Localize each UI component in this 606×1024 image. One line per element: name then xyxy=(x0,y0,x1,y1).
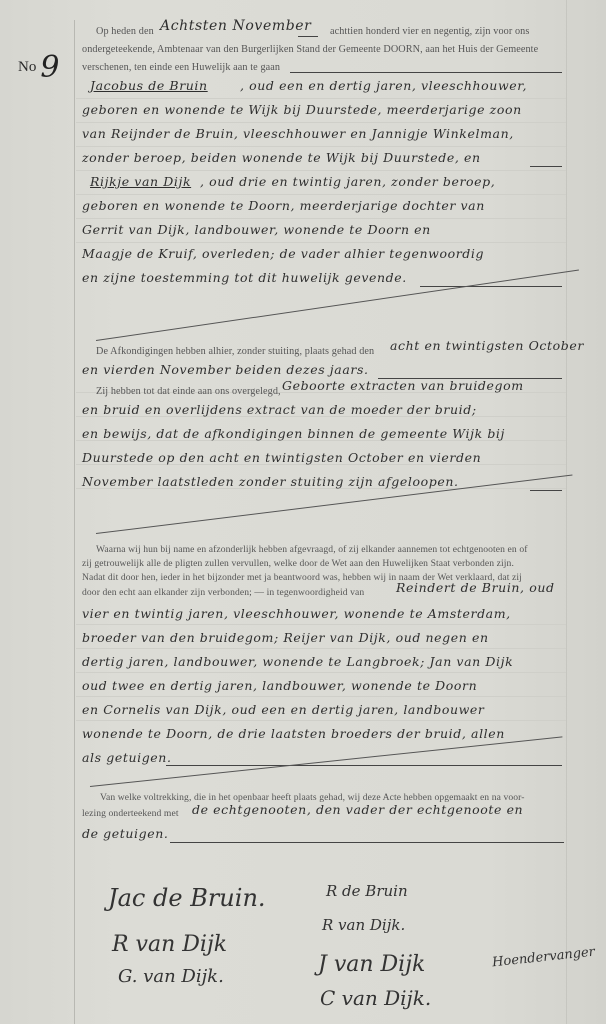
intro-printed-3: verschenen, ten einde een Huwelijk aan t… xyxy=(82,58,280,78)
ruled-line xyxy=(76,648,566,649)
closing-hand-1: de echtgenooten, den vader der echtgenoo… xyxy=(192,802,523,817)
ruled-line xyxy=(76,122,566,123)
documents-line: en bruid en overlijdens extract van de m… xyxy=(82,402,477,417)
ruled-line xyxy=(76,624,566,625)
signature-witness: J van Dijk xyxy=(318,952,425,977)
act-number-label: No xyxy=(18,59,36,75)
closing-printed-2: lezing onderteekend met xyxy=(82,804,179,824)
party-line: van Reijnder de Bruin, vleeschhouwer en … xyxy=(82,126,514,141)
closing-hand-2: de getuigen. xyxy=(82,826,168,841)
signature-official: Hoendervanger xyxy=(491,945,595,971)
signature-groom: Jac de Bruin. xyxy=(108,884,266,912)
proclamation-dates-1: acht en twintigsten October xyxy=(390,338,584,353)
signature-father: G. van Dijk. xyxy=(118,966,224,987)
documents-line: November laatstleden zonder stuiting zij… xyxy=(82,474,459,489)
witness-start: Reindert de Bruin, oud xyxy=(396,580,555,595)
party-line: geboren en wonende te Wijk bij Duurstede… xyxy=(82,102,522,117)
intro-printed-1b: achttien honderd vier en negentig, zijn … xyxy=(330,22,529,42)
witness-line: broeder van den bruidegom; Reijer van Di… xyxy=(82,630,489,645)
ruled-line xyxy=(76,170,566,171)
fill-rule xyxy=(530,490,562,491)
ruled-line xyxy=(76,98,566,99)
bride-name: Rijkje van Dijk xyxy=(90,174,191,189)
intro-printed-2: ondergeteekende, Ambtenaar van den Burge… xyxy=(82,40,538,60)
party-line: Maagje de Kruif, overleden; de vader alh… xyxy=(82,246,484,261)
signature-witness: R van Dijk. xyxy=(322,916,405,934)
fill-rule xyxy=(290,72,562,73)
documents-line: Duurstede op den acht en twintigsten Oct… xyxy=(82,450,481,465)
witness-line: als getuigen. xyxy=(82,750,172,765)
witness-line: vier en twintig jaren, vleeschhouwer, wo… xyxy=(82,606,511,621)
party-line: Gerrit van Dijk, landbouwer, wonende te … xyxy=(82,222,431,237)
party-line: zonder beroep, beiden wonende te Wijk bi… xyxy=(82,150,481,165)
ruled-line xyxy=(76,218,566,219)
documents-line: Geboorte extracten van bruidegom xyxy=(282,378,524,393)
fill-rule xyxy=(420,286,562,287)
ruled-line xyxy=(76,720,566,721)
fill-rule xyxy=(298,36,318,37)
vows-printed: door den echt aan elkander zijn verbonde… xyxy=(82,583,364,603)
witness-line: dertig jaren, landbouwer, wonende te Lan… xyxy=(82,654,513,669)
proclamations-printed: De Afkondigingen hebben alhier, zonder s… xyxy=(96,342,374,362)
fill-rule xyxy=(166,765,562,766)
documents-printed: Zij hebben tot dat einde aan ons overgel… xyxy=(96,382,281,402)
witness-line: wonende te Doorn, de drie laatsten broed… xyxy=(82,726,505,741)
ruled-line xyxy=(76,242,566,243)
groom-name: Jacobus de Bruin xyxy=(90,78,208,93)
party-line: en zijne toestemming tot dit huwelijk ge… xyxy=(82,270,407,285)
intro-date: Achtsten November xyxy=(160,18,311,34)
witness-line: oud twee en dertig jaren, landbouwer, wo… xyxy=(82,678,477,693)
signature-bride: R van Dijk xyxy=(112,932,227,957)
margin-line xyxy=(74,20,75,1024)
ruled-line xyxy=(76,696,566,697)
ruled-line xyxy=(76,194,566,195)
register-page: No9 Op heden den Achtsten November achtt… xyxy=(0,0,606,1024)
documents-line: en bewijs, dat de afkondigingen binnen d… xyxy=(82,426,505,441)
page-edge-line xyxy=(566,0,567,1024)
ruled-line xyxy=(76,672,566,673)
fill-rule xyxy=(170,842,564,843)
act-number: No9 xyxy=(18,44,59,79)
act-number-value: 9 xyxy=(40,50,59,85)
fill-rule xyxy=(530,166,562,167)
signature-witness: R de Bruin xyxy=(326,882,408,900)
signature-witness: C van Dijk. xyxy=(320,986,431,1010)
bride-details: , oud drie en twintig jaren, zonder bero… xyxy=(200,174,495,189)
party-line: geboren en wonende te Doorn, meerderjari… xyxy=(82,198,485,213)
witness-line: en Cornelis van Dijk, oud een en dertig … xyxy=(82,702,485,717)
intro-printed-1a: Op heden den xyxy=(96,22,154,42)
proclamation-dates-2: en vierden November beiden dezes jaars. xyxy=(82,362,369,377)
groom-details: , oud een en dertig jaren, vleeschhouwer… xyxy=(240,78,527,93)
ruled-line xyxy=(76,146,566,147)
